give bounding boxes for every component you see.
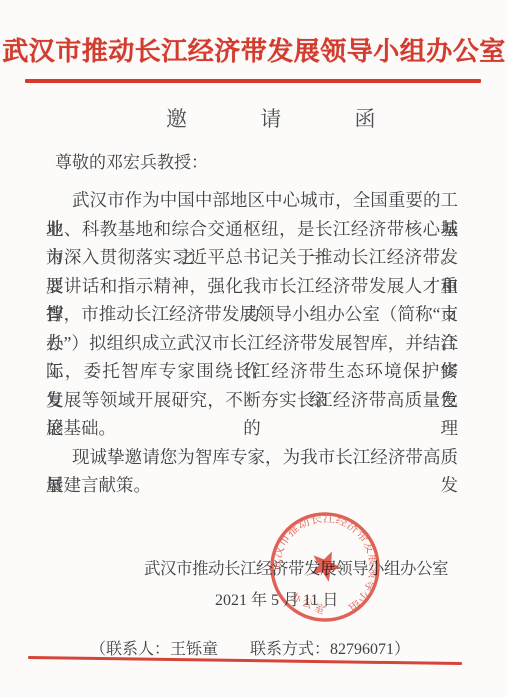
greeting-line: 尊敬的邓宏兵教授： [55,151,208,175]
signature-date: 2021 年 5 月 11 日 [215,590,338,612]
letterhead-org-name: 武汉市推动长江经济带发展领导小组办公室 [0,34,508,68]
body-line: 地、科教基地和综合交通枢纽，是长江经济带核心城市之一。 [46,215,458,244]
letter-body: 武汉市作为中国中部地区中心城市，全国重要的工业基地、科教基地和综合交通枢纽，是长… [46,186,458,500]
body-line: 际，委托智库专家围绕长江经济带生态环境保护修复、绿色 [46,357,458,386]
letterhead-rule [25,79,481,83]
body-line: 武汉市作为中国中部地区中心城市，全国重要的工业基 [46,186,458,215]
signature-org-name: 武汉市推动长江经济带发展领导小组办公室 [144,558,448,580]
body-line: 现诚挚邀请您为智库专家，为我市长江经济带高质量发 [46,443,458,472]
document-title: 邀 请 函 [166,105,410,133]
scanned-letter-page: 武汉市推动长江经济带发展领导小组办公室 邀 请 函 尊敬的邓宏兵教授： 武汉市作… [0,0,508,697]
body-line: 为深入贯彻落实习近平总书记关于推动长江经济带发展重 [46,243,458,272]
body-line: 发展等领域开展研究，不断夯实长江经济带高质量发展的理 [46,386,458,415]
body-line: 办”）拟组织成立武汉市长江经济带发展智库，并结合工作实 [46,329,458,358]
body-line: 要讲话和指示精神，强化我市长江经济带发展人才和智力支 [46,272,458,301]
body-line: 撑，市推动长江经济带发展领导小组办公室（简称“市长江 [46,300,458,329]
